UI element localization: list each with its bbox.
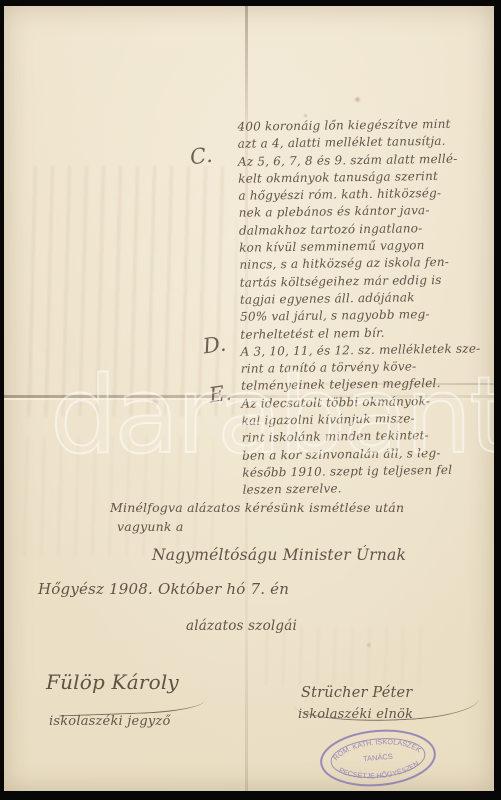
margin-letter-e: E. bbox=[207, 381, 233, 408]
date-line: Hőgyész 1908. Október hó 7. én bbox=[38, 580, 289, 598]
addressee-line: Nagyméltóságu Minister Úrnak bbox=[152, 546, 406, 564]
age-spot bbox=[150, 398, 160, 406]
ink-bleed-through bbox=[254, 626, 434, 686]
stamp-middle-text: TANÁCS bbox=[363, 752, 394, 764]
ink-bleed-through bbox=[14, 436, 214, 556]
signature-right-title: iskolaszéki elnök bbox=[298, 707, 413, 722]
age-spot bbox=[366, 642, 372, 648]
margin-letter-d: D. bbox=[201, 332, 227, 359]
scanned-document-photo: { "document": { "margin_letters": ["C.",… bbox=[0, 0, 501, 800]
manuscript-paper: C. D. E. 400 koronáig lőn kiegészítve mi… bbox=[4, 6, 494, 791]
age-spot bbox=[354, 96, 361, 103]
manuscript-body: 400 koronáig lőn kiegészítve mint azt a … bbox=[237, 115, 494, 499]
manuscript-line: leszen szerelve. bbox=[242, 478, 494, 499]
manuscript-line: Az 5, 6, 7, 8 és 9. szám alatt mellé- bbox=[238, 150, 490, 171]
ink-bleed-through bbox=[22, 166, 237, 416]
valediction-line: alázatos szolgái bbox=[186, 618, 297, 634]
oval-ink-stamp: RÓM. KATH. ISKOLASZÉK TANÁCS PECSÉTJE HŐ… bbox=[316, 724, 441, 791]
signature-left-name: Fülöp Károly bbox=[46, 670, 179, 694]
signature-left-title: iskolaszéki jegyző bbox=[49, 714, 171, 729]
closing-line: Minélfogva alázatos kérésünk ismétlése u… bbox=[110, 500, 404, 515]
closing-line: vagyunk a bbox=[117, 519, 183, 534]
margin-letter-c: C. bbox=[188, 143, 214, 170]
